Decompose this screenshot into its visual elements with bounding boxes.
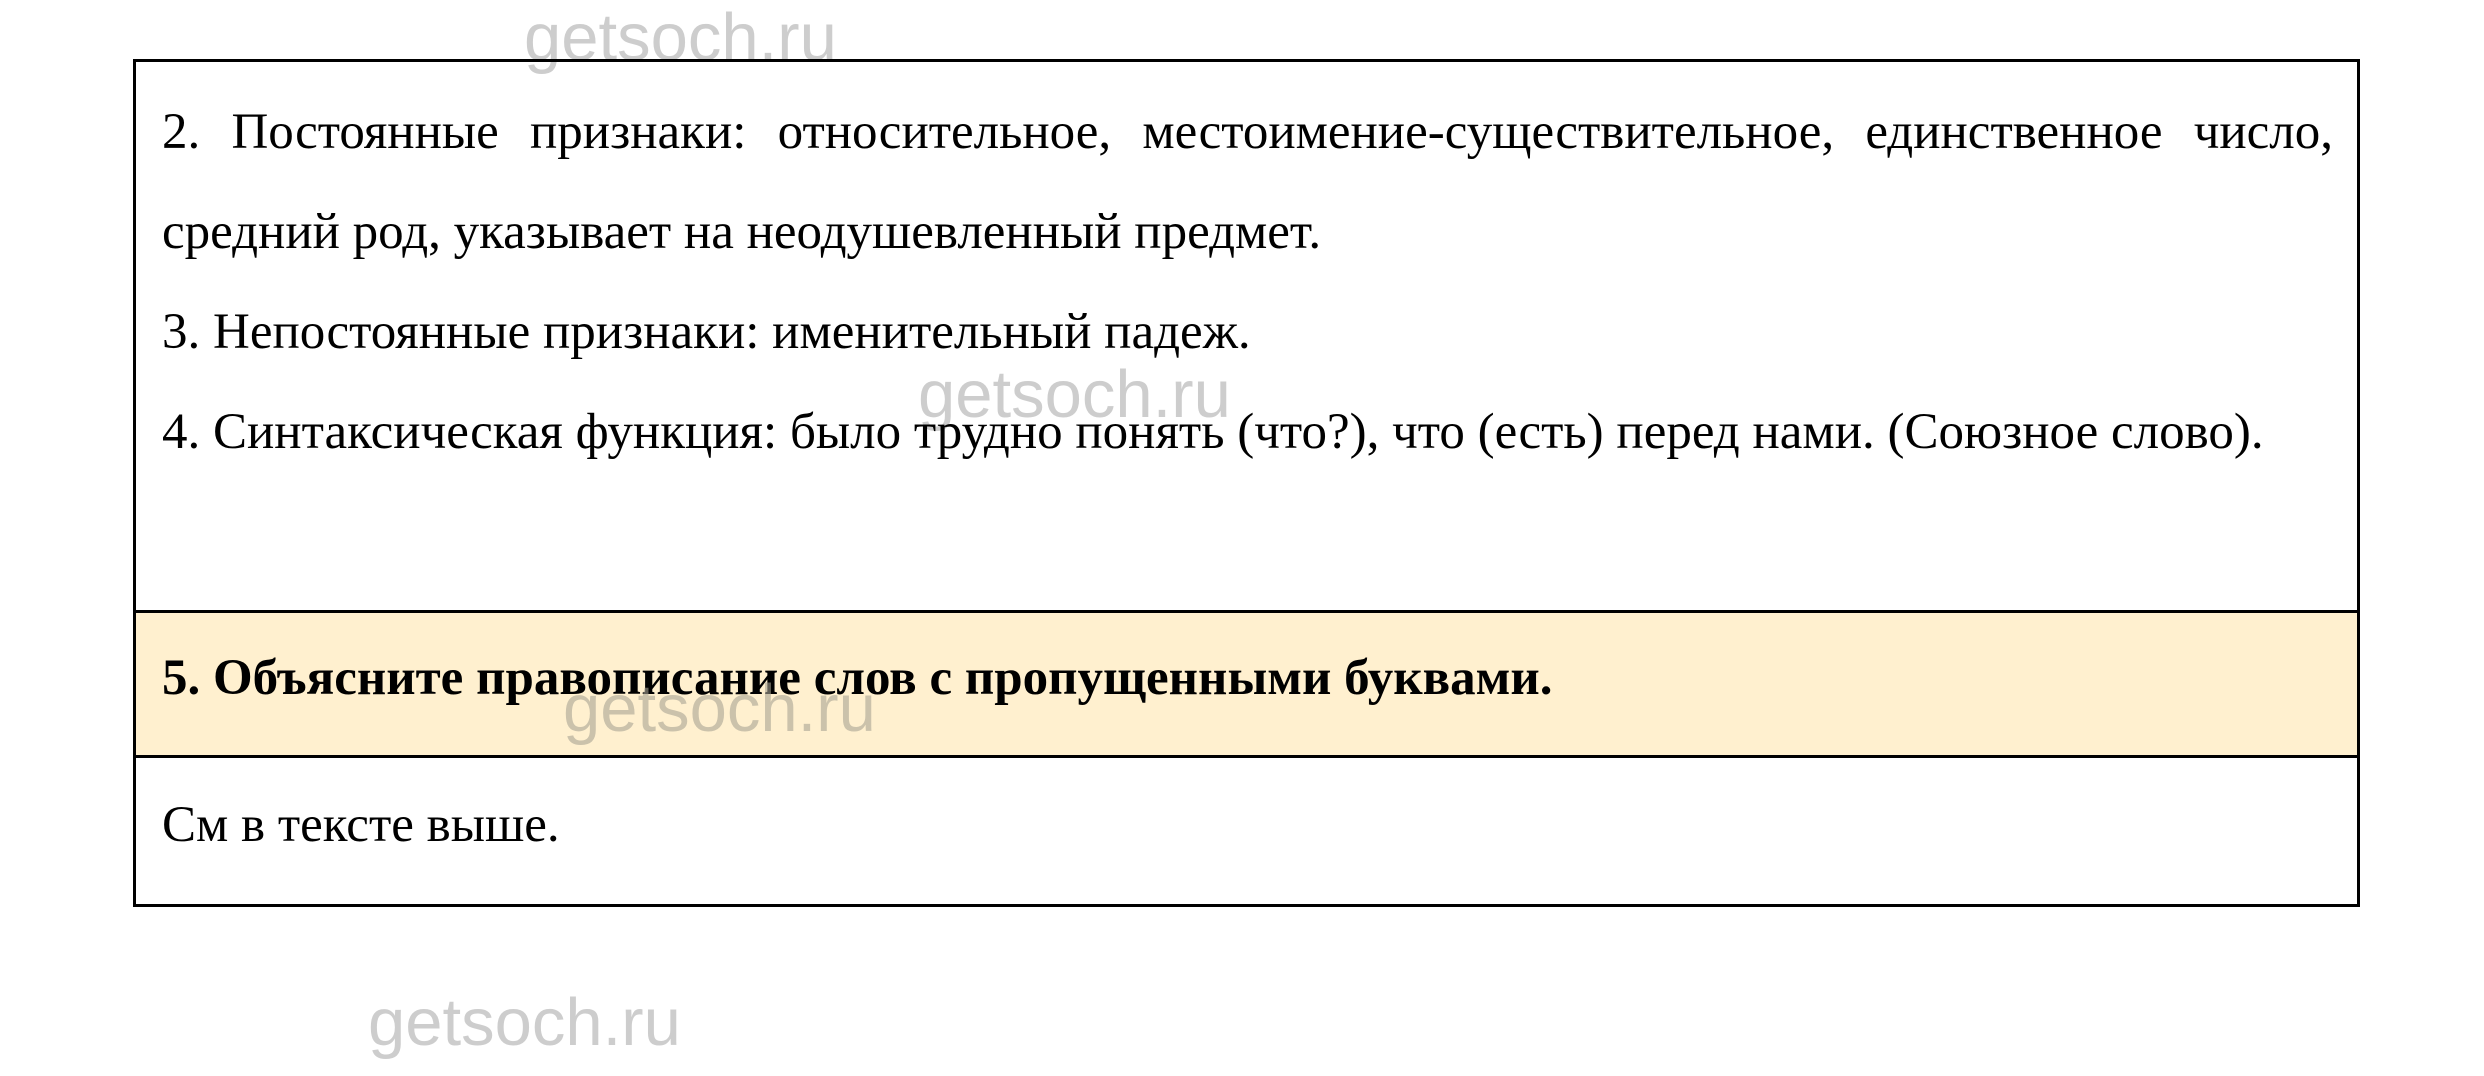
answer-table: 2. Постоянные признаки: относительное, м…: [133, 59, 2360, 907]
watermark-question-row: getsoch.ru: [563, 675, 876, 742]
watermark-bottom: getsoch.ru: [368, 989, 681, 1056]
answer-paragraph-constant-features: 2. Постоянные признаки: относительное, м…: [162, 82, 2333, 282]
question-row: 5. Объясните правописание слов с пропуще…: [136, 613, 2357, 758]
reply-text: См в тексте выше.: [162, 795, 560, 855]
answer-paragraph-variable-features: 3. Непостоянные признаки: именительный п…: [162, 282, 2333, 382]
answer-paragraph-syntactic-function: 4. Синтаксическая функция: было трудно п…: [162, 382, 2333, 482]
reply-row: См в тексте выше.: [136, 758, 2357, 904]
answer-row: 2. Постоянные признаки: относительное, м…: [136, 62, 2357, 613]
